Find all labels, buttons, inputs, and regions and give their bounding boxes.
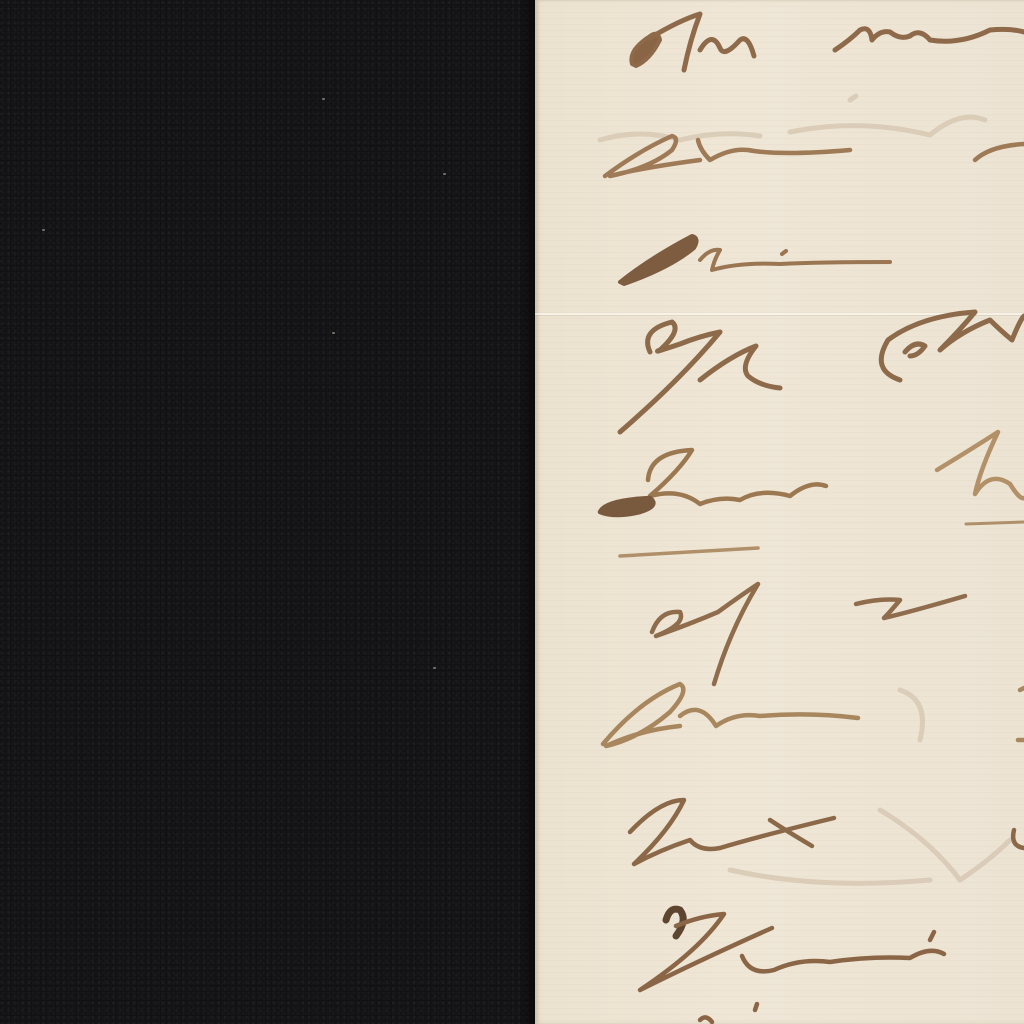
manuscript-line-8 [630, 800, 1024, 864]
manuscript-line-4 [620, 312, 1024, 432]
manuscript-line-7 [603, 684, 1024, 746]
manuscript-line-1 [631, 14, 1024, 70]
handwriting-strokes [0, 0, 1024, 1024]
manuscript-line-2 [605, 136, 1024, 176]
manuscript-line-5 [600, 432, 1024, 556]
manuscript-line-9 [640, 909, 944, 1022]
manuscript-line-3 [620, 236, 890, 284]
manuscript-line-6 [652, 584, 965, 684]
